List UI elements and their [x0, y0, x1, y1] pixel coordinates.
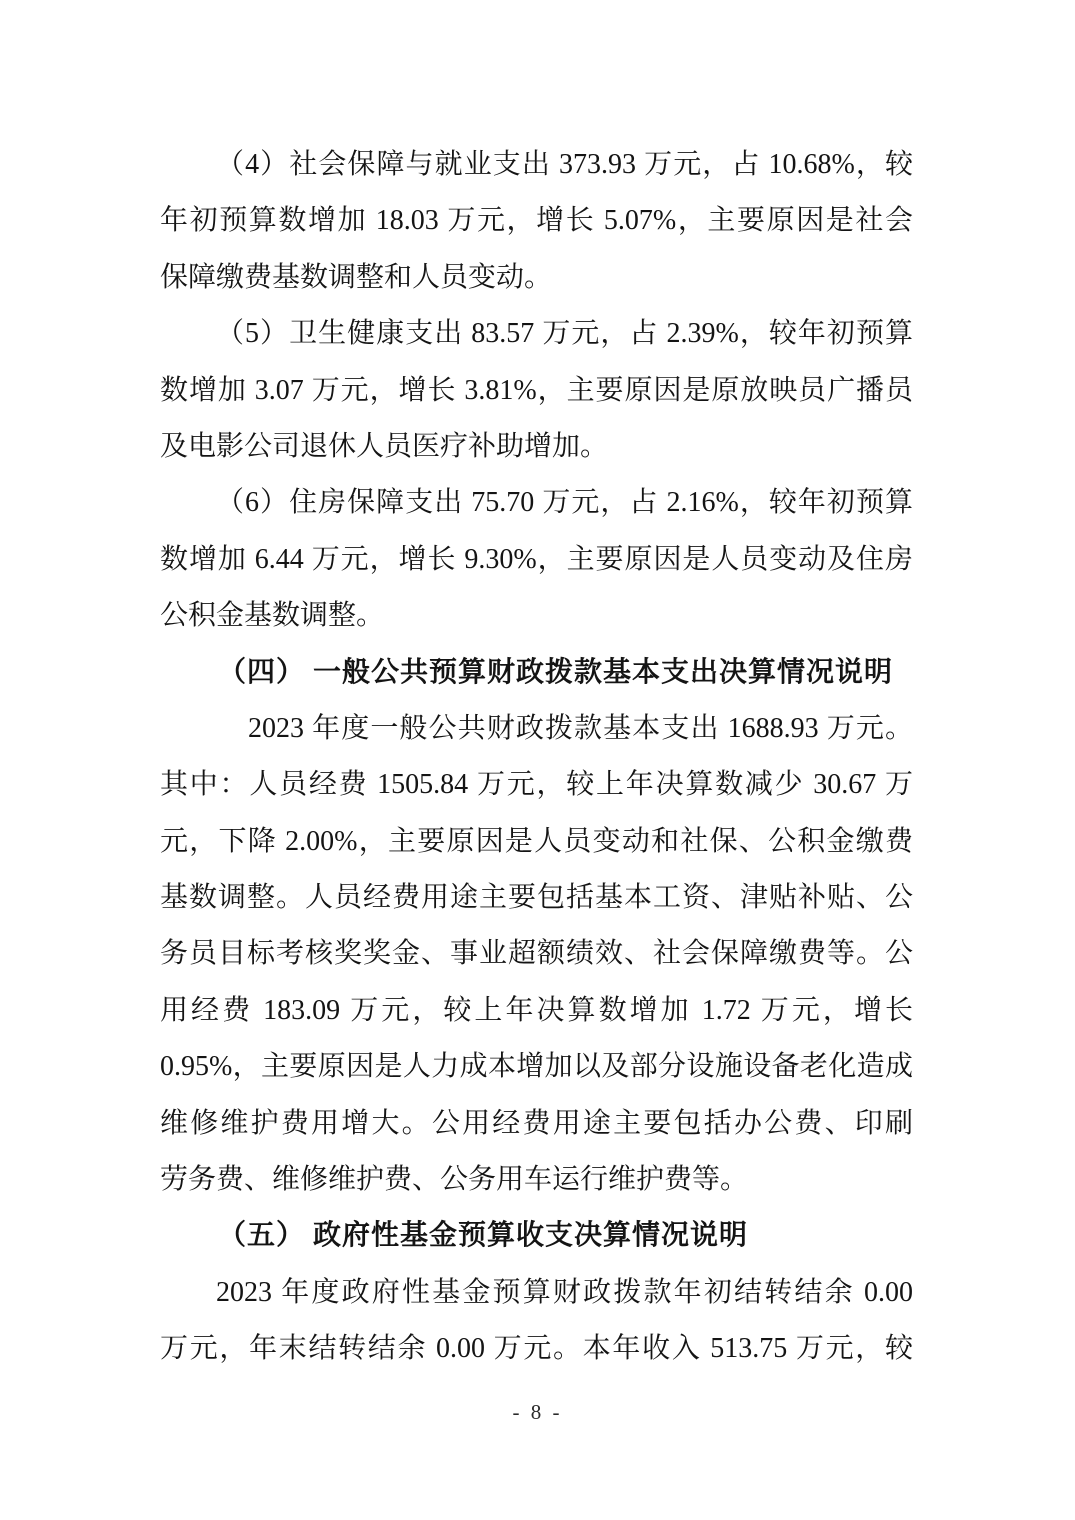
- paragraph-line: 数增加 6.44 万元，增长 9.30%，主要原因是人员变动及住房: [160, 532, 913, 588]
- paragraph-line: 劳务费、维修维护费、公务用车运行维护费等。: [160, 1152, 913, 1208]
- document-body: （4）社会保障与就业支出 373.93 万元，占 10.68%，较 年初预算数增…: [160, 137, 913, 1378]
- paragraph-line: 万元，年末结转结余 0.00 万元。本年收入 513.75 万元，较: [160, 1321, 913, 1377]
- paragraph-line: 元，下降 2.00%，主要原因是人员变动和社保、公积金缴费: [160, 814, 913, 870]
- paragraph-line: 基数调整。人员经费用途主要包括基本工资、津贴补贴、公: [160, 870, 913, 926]
- paragraph-line: 务员目标考核奖奖金、事业超额绩效、社会保障缴费等。公: [160, 926, 913, 982]
- paragraph-line: （6）住房保障支出 75.70 万元，占 2.16%，较年初预算: [160, 475, 913, 531]
- paragraph-line: 0.95%，主要原因是人力成本增加以及部分设施设备老化造成: [160, 1039, 913, 1095]
- paragraph-line: 维修维护费用增大。公用经费用途主要包括办公费、印刷费、: [160, 1096, 913, 1152]
- paragraph-line: 2023 年度政府性基金预算财政拨款年初结转结余 0.00: [160, 1265, 913, 1321]
- paragraph-line: 保障缴费基数调整和人员变动。: [160, 250, 913, 306]
- section-heading: （四） 一般公共预算财政拨款基本支出决算情况说明: [160, 645, 913, 701]
- paragraph-line: 年初预算数增加 18.03 万元，增长 5.07%，主要原因是社会: [160, 193, 913, 249]
- paragraph-line: 及电影公司退休人员医疗补助增加。: [160, 419, 913, 475]
- paragraph-line: 2023 年度一般公共财政拨款基本支出 1688.93 万元。: [160, 701, 913, 757]
- page-number: - 8 -: [0, 1400, 1075, 1425]
- paragraph-line: 其中：人员经费 1505.84 万元，较上年决算数减少 30.67 万: [160, 757, 913, 813]
- document-page: （4）社会保障与就业支出 373.93 万元，占 10.68%，较 年初预算数增…: [0, 0, 1075, 1520]
- paragraph-line: 公积金基数调整。: [160, 588, 913, 644]
- paragraph-line: 用经费 183.09 万元，较上年决算数增加 1.72 万元，增长: [160, 983, 913, 1039]
- paragraph-line: 数增加 3.07 万元，增长 3.81%，主要原因是原放映员广播员: [160, 363, 913, 419]
- section-heading: （五） 政府性基金预算收支决算情况说明: [160, 1208, 913, 1264]
- paragraph-line: （5）卫生健康支出 83.57 万元，占 2.39%，较年初预算: [160, 306, 913, 362]
- paragraph-line: （4）社会保障与就业支出 373.93 万元，占 10.68%，较: [160, 137, 913, 193]
